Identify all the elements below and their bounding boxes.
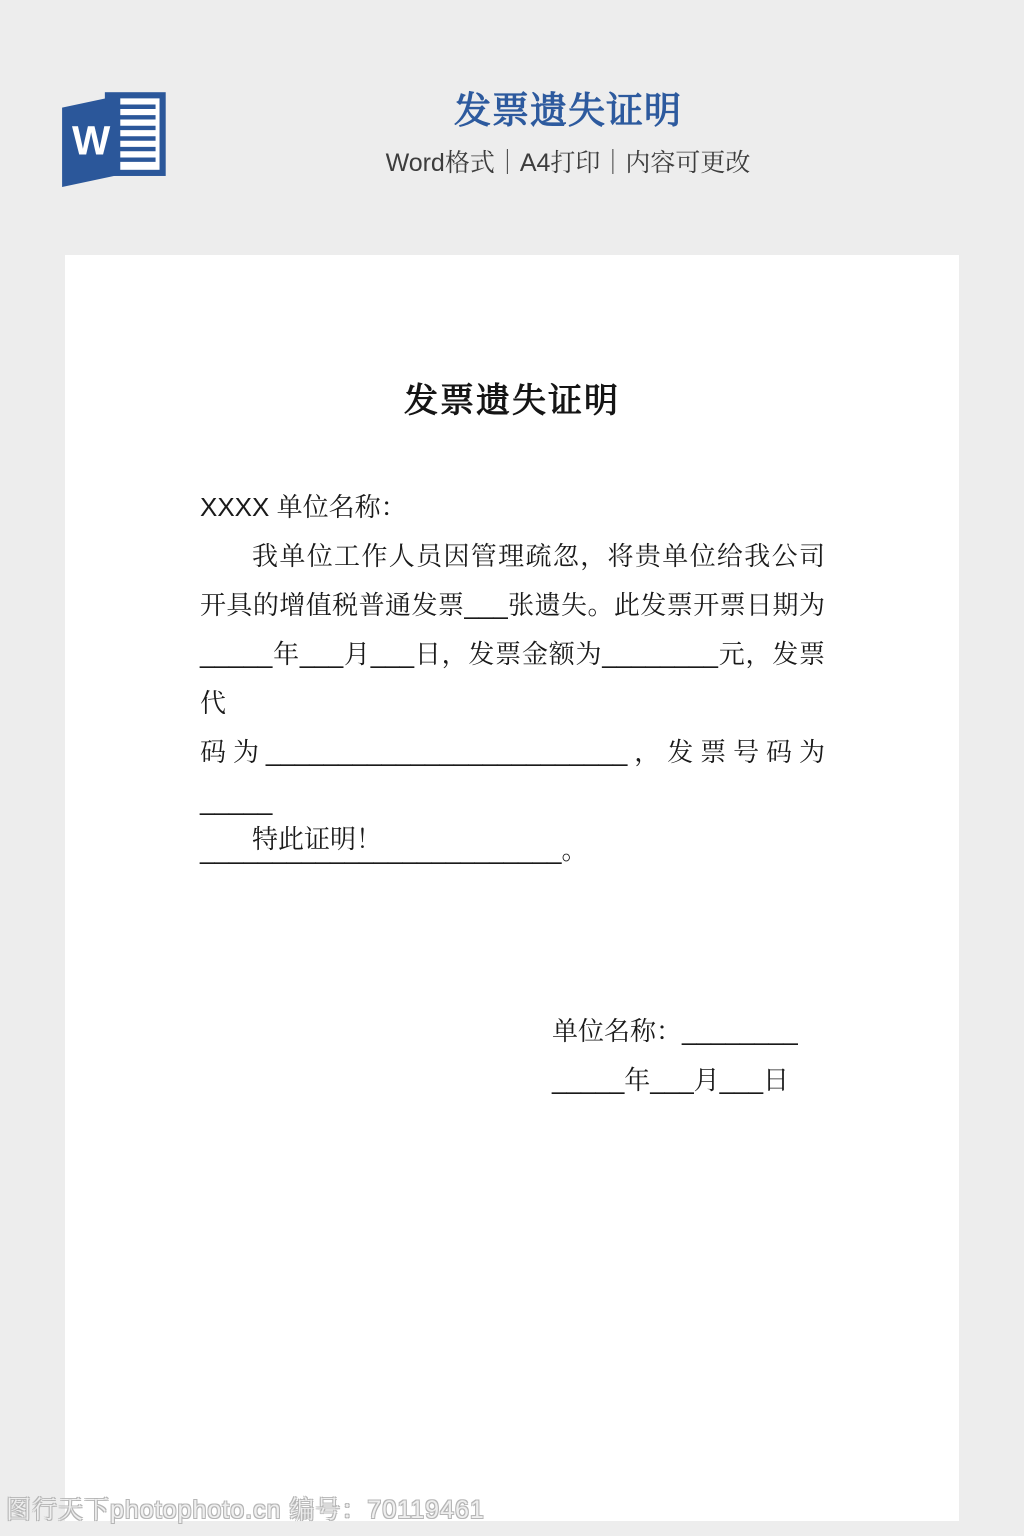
document-line: 我单位工作人员因管理疏忽，将贵单位给我公司 (200, 532, 825, 581)
document-line: 开具的增值税普通发票___张遗失。此发票开票日期为 (200, 581, 825, 630)
header-text: 发票遗失证明 Word格式｜A4打印｜内容可更改 (0, 88, 1024, 178)
signature-date-line: _____年___月___日 (552, 1056, 798, 1105)
document-title: 发票遗失证明 (65, 373, 959, 422)
salutation-line: XXXX 单位名称： (200, 483, 825, 532)
document-line: 码为_________________________，发票号码为_____ (200, 728, 825, 826)
watermark: 图行天下photophoto.cn 编号：70119461 (6, 1490, 485, 1526)
preview-title: 发票遗失证明 (112, 88, 1024, 134)
preview-header: W 发票遗失证明 Word格式｜A4打印｜内容可更改 (0, 0, 1024, 230)
signature-company-line: 单位名称：________ (552, 1007, 798, 1056)
signature-block: 单位名称：________ _____年___月___日 (552, 1007, 798, 1105)
template-preview: { "header": { "title": "发票遗失证明", "subtit… (0, 0, 1024, 1536)
attestation-line: 特此证明！ (200, 815, 825, 864)
document-line: _____年___月___日，发票金额为________元，发票代 (200, 630, 825, 728)
preview-subtitle: Word格式｜A4打印｜内容可更改 (112, 148, 1024, 178)
document-page: 发票遗失证明 XXXX 单位名称： 我单位工作人员因管理疏忽，将贵单位给我公司 … (65, 255, 959, 1521)
